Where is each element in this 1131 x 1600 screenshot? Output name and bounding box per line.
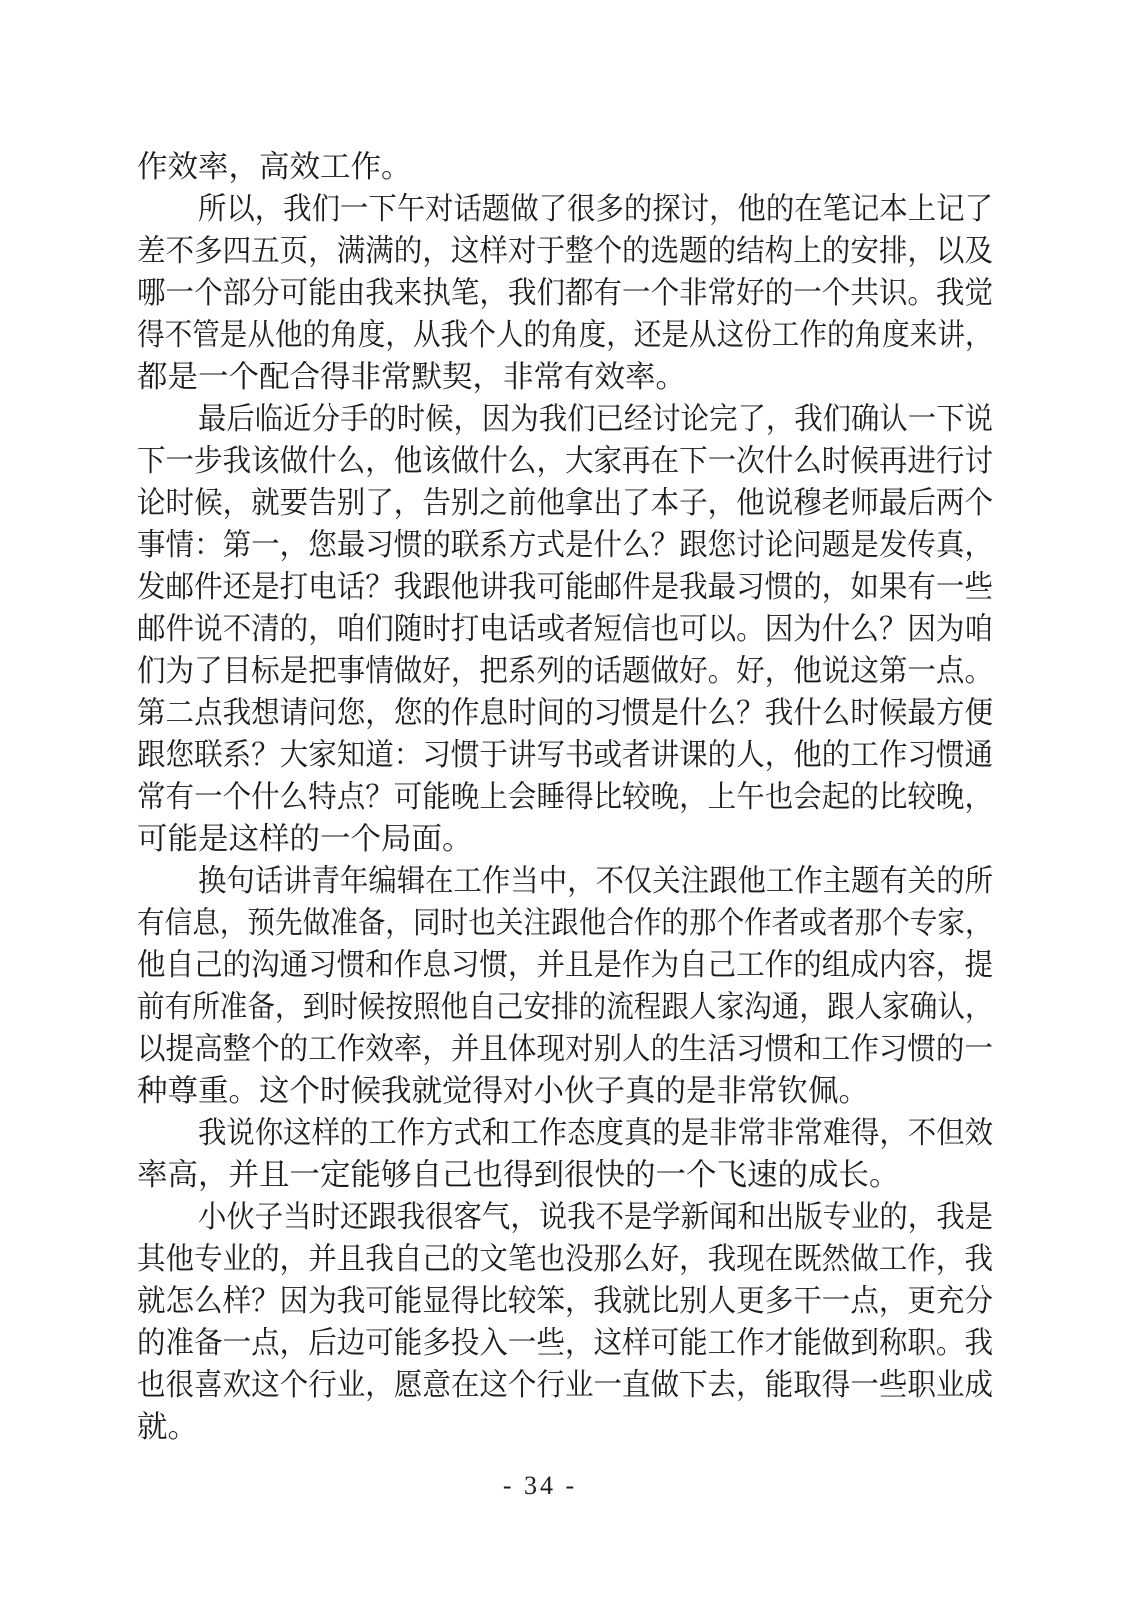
- text-line: 事情：第一，您最习惯的联系方式是什么？跟您讨论问题是发传真，: [137, 524, 993, 566]
- text-line: 跟您联系？大家知道：习惯于讲写书或者讲课的人，他的工作习惯通: [137, 734, 993, 776]
- text-line-content: 第二点我想请问您，您的作息时间的习惯是什么？我什么时候最方便: [137, 692, 993, 734]
- text-line-content: 以提高整个的工作效率，并且体现对别人的生活习惯和工作习惯的一: [137, 1028, 993, 1070]
- text-line-content: 所以，我们一下午对话题做了很多的探讨，他的在笔记本上记了: [198, 188, 993, 230]
- text-block: 作效率，高效工作。所以，我们一下午对话题做了很多的探讨，他的在笔记本上记了差不多…: [137, 146, 993, 1448]
- text-line-content: 就怎么样？因为我可能显得比较笨，我就比别人更多干一点，更充分: [137, 1280, 993, 1322]
- text-line-content: 就。: [137, 1406, 198, 1448]
- text-line: 我说你这样的工作方式和工作态度真的是非常非常难得，不但效: [137, 1112, 993, 1154]
- text-line-content: 下一步我该做什么，他该做什么，大家再在下一次什么时候再进行讨: [137, 440, 993, 482]
- text-line-content: 差不多四五页，满满的，这样对于整个的选题的结构上的安排，以及: [137, 230, 993, 272]
- text-line-content: 跟您联系？大家知道：习惯于讲写书或者讲课的人，他的工作习惯通: [137, 734, 993, 776]
- text-line-content: 论时候，就要告别了，告别之前他拿出了本子，他说穆老师最后两个: [137, 482, 993, 524]
- text-line: 其他专业的，并且我自己的文笔也没那么好，我现在既然做工作，我: [137, 1238, 993, 1280]
- text-line: 有信息，预先做准备，同时也关注跟他合作的那个作者或者那个专家，: [137, 902, 993, 944]
- text-line-content: 们为了目标是把事情做好，把系列的话题做好。好，他说这第一点。: [137, 650, 993, 692]
- text-line: 小伙子当时还跟我很客气，说我不是学新闻和出版专业的，我是: [137, 1196, 993, 1238]
- text-line: 差不多四五页，满满的，这样对于整个的选题的结构上的安排，以及: [137, 230, 993, 272]
- text-line-content: 换句话讲青年编辑在工作当中，不仅关注跟他工作主题有关的所: [198, 860, 993, 902]
- text-line: 种尊重。这个时候我就觉得对小伙子真的是非常钦佩。: [137, 1070, 993, 1112]
- text-line-content: 前有所准备，到时候按照他自己安排的流程跟人家沟通，跟人家确认，: [137, 986, 993, 1028]
- text-line: 最后临近分手的时候，因为我们已经讨论完了，我们确认一下说: [137, 398, 993, 440]
- text-line: 前有所准备，到时候按照他自己安排的流程跟人家沟通，跟人家确认，: [137, 986, 993, 1028]
- text-line-content: 邮件说不清的，咱们随时打电话或者短信也可以。因为什么？因为咱: [137, 608, 993, 650]
- text-line: 都是一个配合得非常默契，非常有效率。: [137, 356, 993, 398]
- text-line: 换句话讲青年编辑在工作当中，不仅关注跟他工作主题有关的所: [137, 860, 993, 902]
- text-line-content: 可能是这样的一个局面。: [137, 818, 473, 860]
- text-line: 得不管是从他的角度，从我个人的角度，还是从这份工作的角度来讲，: [137, 314, 993, 356]
- text-line: 的准备一点，后边可能多投入一些，这样可能工作才能做到称职。我: [137, 1322, 993, 1364]
- text-line-content: 发邮件还是打电话？我跟他讲我可能邮件是我最习惯的，如果有一些: [137, 566, 993, 608]
- text-line: 常有一个什么特点？可能晚上会睡得比较晚，上午也会起的比较晚，: [137, 776, 993, 818]
- text-line: 所以，我们一下午对话题做了很多的探讨，他的在笔记本上记了: [137, 188, 993, 230]
- page-number: - 34 -: [0, 1471, 1080, 1501]
- text-line-content: 作效率，高效工作。: [137, 146, 412, 188]
- text-line-content: 哪一个部分可能由我来执笔，我们都有一个非常好的一个共识。我觉: [137, 272, 993, 314]
- text-line: 就。: [137, 1406, 993, 1448]
- text-line-content: 种尊重。这个时候我就觉得对小伙子真的是非常钦佩。: [137, 1070, 869, 1112]
- text-line: 他自己的沟通习惯和作息习惯，并且是作为自己工作的组成内容，提: [137, 944, 993, 986]
- text-line: 论时候，就要告别了，告别之前他拿出了本子，他说穆老师最后两个: [137, 482, 993, 524]
- text-line: 可能是这样的一个局面。: [137, 818, 993, 860]
- text-line-content: 也很喜欢这个行业，愿意在这个行业一直做下去，能取得一些职业成: [137, 1364, 993, 1406]
- text-line: 就怎么样？因为我可能显得比较笨，我就比别人更多干一点，更充分: [137, 1280, 993, 1322]
- text-line-content: 得不管是从他的角度，从我个人的角度，还是从这份工作的角度来讲，: [137, 314, 993, 356]
- text-line-content: 他自己的沟通习惯和作息习惯，并且是作为自己工作的组成内容，提: [137, 944, 993, 986]
- text-line: 以提高整个的工作效率，并且体现对别人的生活习惯和工作习惯的一: [137, 1028, 993, 1070]
- text-line: 邮件说不清的，咱们随时打电话或者短信也可以。因为什么？因为咱: [137, 608, 993, 650]
- text-line-content: 事情：第一，您最习惯的联系方式是什么？跟您讨论问题是发传真，: [137, 524, 993, 566]
- text-line-content: 我说你这样的工作方式和工作态度真的是非常非常难得，不但效: [198, 1112, 993, 1154]
- text-line-content: 率高，并且一定能够自己也得到很快的一个飞速的成长。: [137, 1154, 900, 1196]
- text-line: 第二点我想请问您，您的作息时间的习惯是什么？我什么时候最方便: [137, 692, 993, 734]
- text-line-content: 小伙子当时还跟我很客气，说我不是学新闻和出版专业的，我是: [198, 1196, 993, 1238]
- text-line-content: 有信息，预先做准备，同时也关注跟他合作的那个作者或者那个专家，: [137, 902, 993, 944]
- document-page: 作效率，高效工作。所以，我们一下午对话题做了很多的探讨，他的在笔记本上记了差不多…: [0, 0, 1131, 1600]
- text-line: 作效率，高效工作。: [137, 146, 993, 188]
- text-line: 发邮件还是打电话？我跟他讲我可能邮件是我最习惯的，如果有一些: [137, 566, 993, 608]
- text-line: 也很喜欢这个行业，愿意在这个行业一直做下去，能取得一些职业成: [137, 1364, 993, 1406]
- text-line-content: 常有一个什么特点？可能晚上会睡得比较晚，上午也会起的比较晚，: [137, 776, 993, 818]
- text-line-content: 的准备一点，后边可能多投入一些，这样可能工作才能做到称职。我: [137, 1322, 993, 1364]
- text-line-content: 都是一个配合得非常默契，非常有效率。: [137, 356, 686, 398]
- text-line: 哪一个部分可能由我来执笔，我们都有一个非常好的一个共识。我觉: [137, 272, 993, 314]
- text-line: 率高，并且一定能够自己也得到很快的一个飞速的成长。: [137, 1154, 993, 1196]
- text-line: 下一步我该做什么，他该做什么，大家再在下一次什么时候再进行讨: [137, 440, 993, 482]
- text-line: 们为了目标是把事情做好，把系列的话题做好。好，他说这第一点。: [137, 650, 993, 692]
- text-line-content: 最后临近分手的时候，因为我们已经讨论完了，我们确认一下说: [198, 398, 993, 440]
- text-line-content: 其他专业的，并且我自己的文笔也没那么好，我现在既然做工作，我: [137, 1238, 993, 1280]
